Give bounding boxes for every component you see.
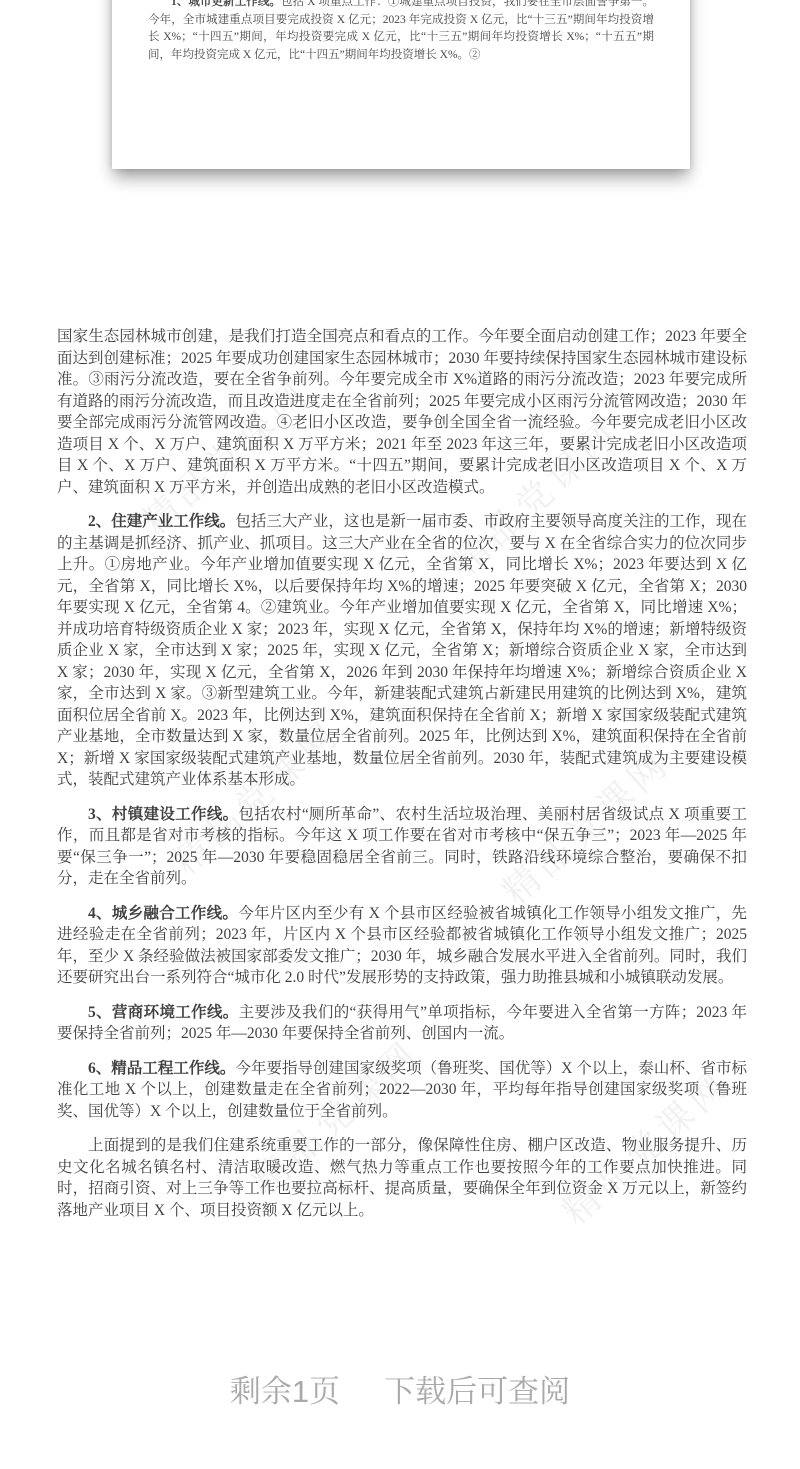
paragraph: 2、住建产业工作线。包括三大产业，这也是新一届市委、市政府主要领导高度关注的工作… [57, 511, 747, 791]
paragraph: 5、营商环境工作线。主要涉及我们的“获得用气”单项指标，今年要进入全省第一方阵；… [57, 1002, 747, 1045]
paragraph-lead: 6、精品工程工作线。 [88, 1060, 235, 1077]
paragraph-lead: 5、营商环境工作线。 [88, 1004, 239, 1021]
paragraph: 上面提到的是我们住建系统重要工作的一部分，像保障性住房、棚户区改造、物业服务提升… [57, 1135, 747, 1221]
download-hint: 下载后可查阅 [384, 1366, 570, 1411]
document-preview-page: { "page1_card": { "paragraph": { "lead":… [0, 0, 800, 1469]
paragraph-text: 上面提到的是我们住建系统重要工作的一部分，像保障性住房、棚户区改造、物业服务提升… [57, 1137, 747, 1219]
paragraph-text: 包括三大产业，这也是新一届市委、市政府主要领导高度关注的工作，现在的主基调是抓经… [57, 513, 747, 788]
page1-preview-card: 1、城市更新工作线。包括 X 项重点工作：①城建重点项目投资，我们要在全市层面誓… [112, 0, 690, 169]
paragraph-lead: 3、村镇建设工作线。 [88, 806, 239, 823]
remaining-pages-count: 剩余1页 [230, 1366, 340, 1411]
page2-preview: 国家生态园林城市创建，是我们打造全国亮点和看点的工作。今年要全面启动创建工作；2… [57, 326, 747, 1234]
paragraph-lead: 1、城市更新工作线。 [171, 0, 281, 8]
remaining-pages-notice: 剩余1页 下载后可查阅 [0, 1366, 800, 1411]
paragraph: 4、城乡融合工作线。今年片区内至少有 X 个县市区经验被省城镇化工作领导小组发文… [57, 903, 747, 989]
paragraph: 1、城市更新工作线。包括 X 项重点工作：①城建重点项目投资，我们要在全市层面誓… [148, 0, 654, 64]
paragraph-text: 包括 X 项重点工作：①城建重点项目投资，我们要在全市层面誓争第一。今年，全市城… [148, 0, 654, 61]
paragraph-lead: 4、城乡融合工作线。 [88, 905, 238, 922]
paragraph-text: 国家生态园林城市创建，是我们打造全国亮点和看点的工作。今年要全面启动创建工作；2… [57, 328, 747, 496]
paragraph: 6、精品工程工作线。今年要指导创建国家级奖项（鲁班奖、国优等）X 个以上，泰山杯… [57, 1058, 747, 1123]
paragraph: 3、村镇建设工作线。包括农村“厕所革命”、农村生活垃圾治理、美丽村居省级试点 X… [57, 804, 747, 890]
paragraph-lead: 2、住建产业工作线。 [88, 513, 235, 530]
paragraph: 国家生态园林城市创建，是我们打造全国亮点和看点的工作。今年要全面启动创建工作；2… [57, 326, 747, 498]
